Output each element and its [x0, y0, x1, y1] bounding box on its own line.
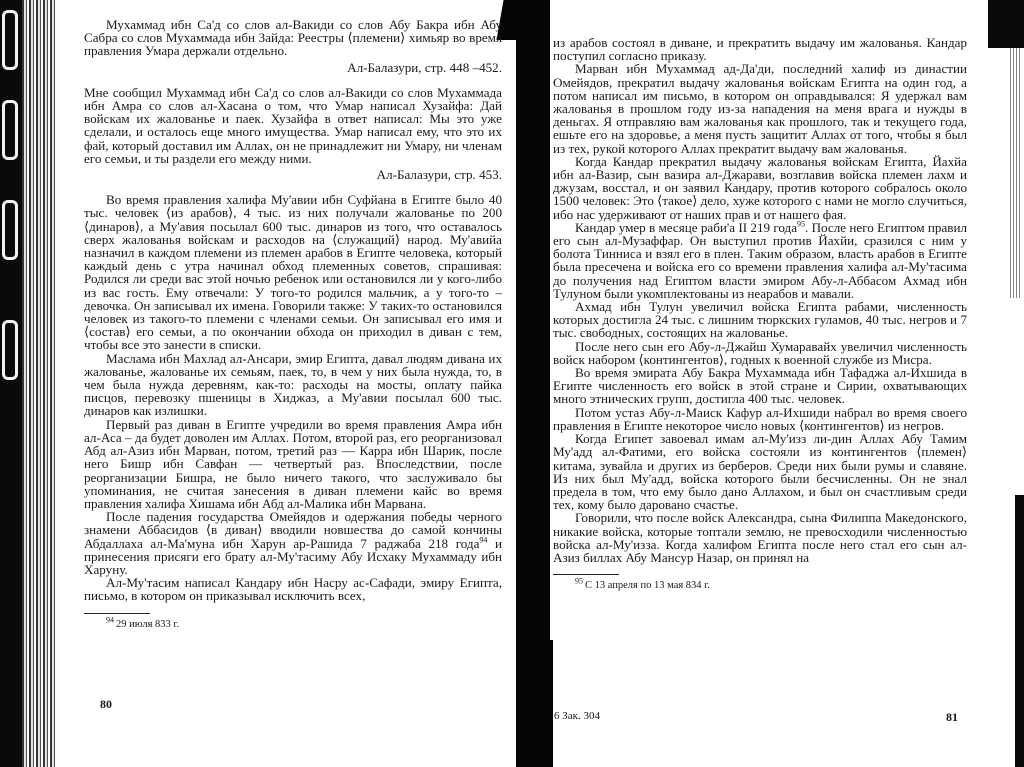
- right-page: из арабов состоял в диване, и прекратить…: [553, 36, 967, 592]
- paragraph: из арабов состоял в диване, и прекратить…: [553, 36, 967, 62]
- paragraph: Когда Египет завоевал имам ал-Му'изз ли-…: [553, 432, 967, 511]
- source-citation: Ал-Балазури, стр. 453.: [84, 168, 502, 181]
- paragraph: Говорили, что после войск Александра, сы…: [553, 511, 967, 564]
- page-edge-right-bottom: [1015, 495, 1024, 767]
- printer-signature: 6 Зак. 304: [554, 710, 600, 722]
- page-edges-right: [1010, 48, 1020, 298]
- footnote: 94 29 июля 833 г.: [84, 618, 502, 631]
- page-number-left: 80: [100, 697, 112, 712]
- page-edge-right-top: [988, 0, 1024, 48]
- spine-ornament: [2, 200, 18, 260]
- paragraph: Во время правления халифа Му'авии ибн Су…: [84, 193, 502, 351]
- footnote: 95 С 13 апреля по 13 мая 834 г.: [553, 579, 967, 592]
- paragraph: Маслама ибн Махлад ал-Ансари, эмир Египт…: [84, 352, 502, 418]
- paragraph: Когда Кандар прекратил выдачу жалованья …: [553, 155, 967, 221]
- footnote-marker: 94: [479, 535, 487, 544]
- paragraph: После него сын его Абу-л-Джайш Хумаравай…: [553, 340, 967, 366]
- left-page: Мухаммад ибн Са'д со слов ал-Вакиди со с…: [84, 18, 502, 631]
- paragraph: После падения государства Омейядов и оде…: [84, 510, 502, 576]
- spine-ornament: [2, 10, 18, 70]
- book-spine-left: [0, 0, 22, 767]
- paragraph: Мухаммад ибн Са'д со слов ал-Вакиди со с…: [84, 18, 502, 58]
- footnote-rule: [84, 613, 150, 614]
- paragraph: Потом устаз Абу-л-Маиск Кафур ал-Ихшиди …: [553, 406, 967, 432]
- spine-ornament: [2, 100, 18, 160]
- paragraph: Ахмад ибн Тулун увеличил войска Египта р…: [553, 300, 967, 340]
- spine-ornament: [2, 320, 18, 380]
- paragraph: Марван ибн Мухаммад ад-Да'ди, последний …: [553, 62, 967, 154]
- paragraph: Кандар умер в месяце раби'а II 219 года9…: [553, 221, 967, 300]
- footnote-rule: [553, 574, 619, 575]
- page-number-right: 81: [946, 710, 958, 725]
- page-edges-left: [22, 0, 56, 767]
- paragraph: Во время эмирата Абу Бакра Мухаммада ибн…: [553, 366, 967, 406]
- paragraph: Ал-Му'тасим написал Кандару ибн Насру ас…: [84, 576, 502, 602]
- source-citation: Ал-Балазури, стр. 448 –452.: [84, 61, 502, 74]
- footnote-marker: 95: [797, 219, 805, 228]
- gutter-shadow-bottom: [545, 640, 553, 767]
- paragraph: Мне сообщил Мухаммад ибн Са'д со слов ал…: [84, 86, 502, 165]
- paragraph: Первый раз диван в Египте учредили во вр…: [84, 418, 502, 510]
